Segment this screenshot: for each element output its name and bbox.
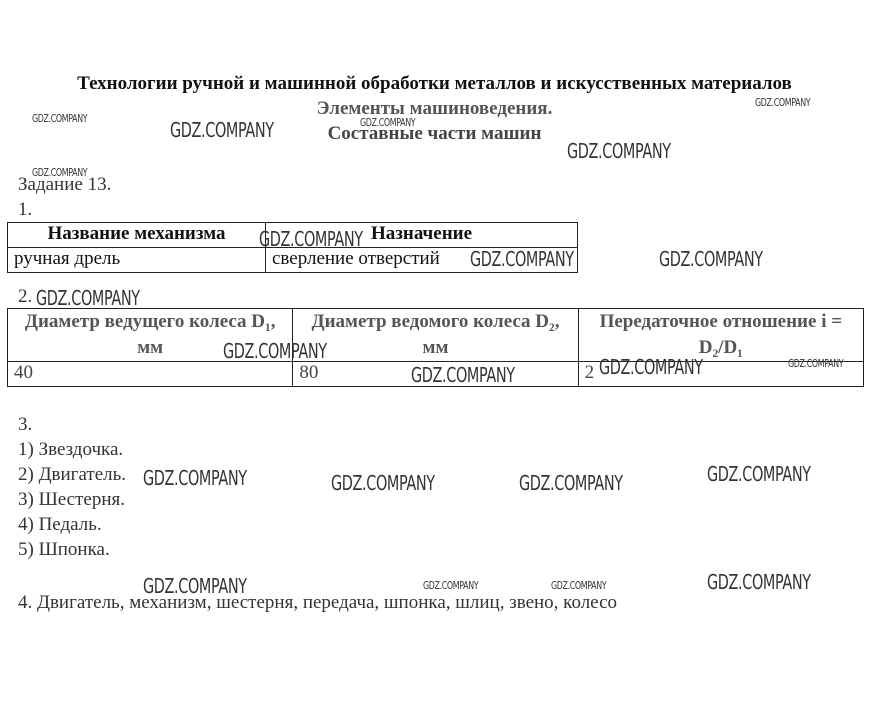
watermark: GDZ.COMPANY	[360, 116, 415, 129]
watermark: GDZ.COMPANY	[707, 462, 811, 486]
watermark: GDZ.COMPANY	[143, 574, 247, 598]
watermark: GDZ.COMPANY	[567, 139, 671, 163]
column-header-mechanism: Название механизма	[8, 223, 266, 248]
watermark: GDZ.COMPANY	[519, 471, 623, 495]
list-item: 2) Двигатель.	[18, 462, 126, 487]
part2-number: 2.	[18, 286, 32, 308]
watermark: GDZ.COMPANY	[411, 363, 515, 387]
watermark: GDZ.COMPANY	[659, 247, 763, 271]
watermark: GDZ.COMPANY	[170, 118, 274, 142]
watermark: GDZ.COMPANY	[788, 357, 843, 370]
column-header-driven-diameter: Диаметр ведомого колеса D₂, мм	[293, 309, 578, 362]
watermark: GDZ.COMPANY	[551, 579, 606, 592]
cell-mechanism: ручная дрель	[8, 248, 266, 273]
watermark: GDZ.COMPANY	[423, 579, 478, 592]
watermark: GDZ.COMPANY	[223, 339, 327, 363]
watermark: GDZ.COMPANY	[755, 96, 810, 109]
watermark: GDZ.COMPANY	[470, 247, 574, 271]
part3-number: 3.	[18, 412, 126, 437]
column-header-gear-ratio: Передаточное отношение i = D₂/D₁	[578, 309, 863, 362]
watermark: GDZ.COMPANY	[143, 466, 247, 490]
list-item: 5) Шпонка.	[18, 537, 126, 562]
cell-driving-diameter: 40	[8, 362, 293, 387]
section-title: Составные части машин	[0, 123, 869, 145]
list-item: 4) Педаль.	[18, 512, 126, 537]
part4-text: 4. Двигатель, механизм, шестерня, переда…	[18, 592, 617, 614]
watermark: GDZ.COMPANY	[32, 166, 87, 179]
list-item: 1) Звездочка.	[18, 437, 126, 462]
document-subtitle: Элементы машиноведения.	[0, 98, 869, 120]
watermark: GDZ.COMPANY	[32, 112, 87, 125]
document-title: Технологии ручной и машинной обработки м…	[0, 73, 869, 95]
watermark: GDZ.COMPANY	[259, 227, 363, 251]
watermark: GDZ.COMPANY	[331, 471, 435, 495]
part3-list: 3. 1) Звездочка. 2) Двигатель. 3) Шестер…	[18, 412, 126, 562]
list-item: 3) Шестерня.	[18, 487, 126, 512]
watermark: GDZ.COMPANY	[36, 286, 140, 310]
part1-number: 1.	[18, 199, 32, 221]
watermark: GDZ.COMPANY	[599, 355, 703, 379]
watermark: GDZ.COMPANY	[707, 570, 811, 594]
